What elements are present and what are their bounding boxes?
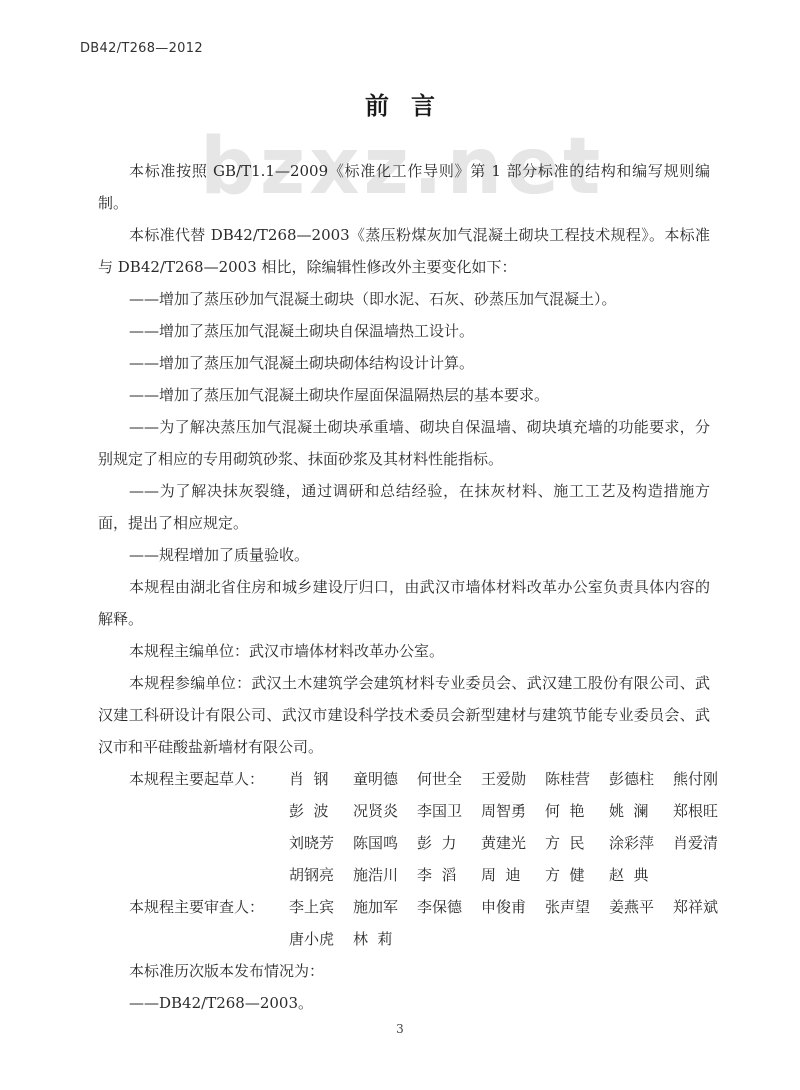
- drafters-row: 刘晓芳 陈国鸣 彭 力 黄建光 方 民 涂彩萍 肖爱清: [289, 827, 737, 859]
- drafter-name: 周智勇: [481, 795, 545, 827]
- changes-list: ——增加了蒸压砂加气混凝土砌块（即水泥、石灰、砂蒸压加气混凝土）。 ——增加了蒸…: [98, 283, 710, 571]
- paragraph-chief-editor: 本规程主编单位：武汉市墙体材料改革办公室。: [98, 635, 710, 667]
- reviewer-name: 申俊甫: [481, 891, 545, 923]
- drafter-name: 彭 波: [289, 795, 353, 827]
- drafter-name: 郑根旺: [673, 795, 737, 827]
- drafter-name: 赵 典: [609, 859, 673, 891]
- change-item: ——为了解决抹灰裂缝，通过调研和总结经验，在抹灰材料、施工工艺及构造措施方面，提…: [98, 475, 710, 539]
- change-item: ——增加了蒸压砂加气混凝土砌块（即水泥、石灰、砂蒸压加气混凝土）。: [98, 283, 710, 315]
- paragraph-participating-units: 本规程参编单位：武汉土木建筑学会建筑材料专业委员会、武汉建工股份有限公司、武汉建…: [98, 667, 710, 763]
- reviewer-name: 张声望: [545, 891, 609, 923]
- drafter-name: 陈桂营: [545, 763, 609, 795]
- page-number: 3: [0, 1022, 800, 1036]
- drafter-name: 胡钢亮: [289, 859, 353, 891]
- drafter-name: 熊付刚: [673, 763, 737, 795]
- drafters-row: 彭 波 况贤炎 李国卫 周智勇 何 艳 姚 澜 郑根旺: [289, 795, 737, 827]
- drafter-name: 周 迪: [481, 859, 545, 891]
- drafter-name: 彭德柱: [609, 763, 673, 795]
- drafter-name: 王爱勋: [481, 763, 545, 795]
- change-item: ——为了解决蒸压加气混凝土砌块承重墙、砌块自保温墙、砌块填充墙的功能要求，分别规…: [98, 411, 710, 475]
- drafter-name: 涂彩萍: [609, 827, 673, 859]
- drafter-name: 肖 钢: [289, 763, 353, 795]
- change-item: ——增加了蒸压加气混凝土砌块砌体结构设计计算。: [98, 347, 710, 379]
- reviewers-row: 唐小虎 林 莉: [289, 923, 737, 955]
- drafter-name: 施浩川: [353, 859, 417, 891]
- drafter-name: 刘晓芳: [289, 827, 353, 859]
- page-title: 前言: [0, 86, 800, 121]
- reviewer-name: 姜燕平: [609, 891, 673, 923]
- change-item: ——增加了蒸压加气混凝土砌块自保温墙热工设计。: [98, 315, 710, 347]
- drafters-block: 本规程主要起草人： 肖 钢 童明德 何世全 王爱勋 陈桂营 彭德柱 熊付刚 彭 …: [98, 763, 710, 891]
- drafter-name: 李国卫: [417, 795, 481, 827]
- drafters-label: 本规程主要起草人：: [98, 763, 289, 891]
- drafter-name: 方 民: [545, 827, 609, 859]
- drafters-row: 肖 钢 童明德 何世全 王爱勋 陈桂营 彭德柱 熊付刚: [289, 763, 737, 795]
- paragraph-structure-rules: 本标准按照 GB/T1.1—2009《标准化工作导则》第 1 部分标准的结构和编…: [98, 155, 710, 219]
- drafter-name: 方 健: [545, 859, 609, 891]
- standard-code-header: DB42/T268—2012: [80, 41, 203, 56]
- drafter-name: 何世全: [417, 763, 481, 795]
- drafter-name: 况贤炎: [353, 795, 417, 827]
- drafter-name: 黄建光: [481, 827, 545, 859]
- drafter-name: 李 滔: [417, 859, 481, 891]
- drafter-name: 何 艳: [545, 795, 609, 827]
- reviewer-name: 李上宾: [289, 891, 353, 923]
- reviewers-label: 本规程主要审查人：: [98, 891, 289, 955]
- drafters-names: 肖 钢 童明德 何世全 王爱勋 陈桂营 彭德柱 熊付刚 彭 波 况贤炎 李国卫 …: [289, 763, 737, 891]
- drafters-row: 胡钢亮 施浩川 李 滔 周 迪 方 健 赵 典: [289, 859, 737, 891]
- reviewer-name: 唐小虎: [289, 923, 353, 955]
- drafter-name: 陈国鸣: [353, 827, 417, 859]
- change-item: ——增加了蒸压加气混凝土砌块作屋面保温隔热层的基本要求。: [98, 379, 710, 411]
- reviewer-name: 郑祥斌: [673, 891, 737, 923]
- document-body: 本标准按照 GB/T1.1—2009《标准化工作导则》第 1 部分标准的结构和编…: [98, 155, 710, 1019]
- reviewers-block: 本规程主要审查人： 李上宾 施加军 李保德 申俊甫 张声望 姜燕平 郑祥斌 唐小…: [98, 891, 710, 955]
- reviewer-name: 李保德: [417, 891, 481, 923]
- drafter-name: 彭 力: [417, 827, 481, 859]
- paragraph-administration: 本规程由湖北省住房和城乡建设厅归口，由武汉市墙体材料改革办公室负责具体内容的解释…: [98, 571, 710, 635]
- drafter-name: 姚 澜: [609, 795, 673, 827]
- drafter-name: 肖爱清: [673, 827, 737, 859]
- reviewer-name: 施加军: [353, 891, 417, 923]
- drafter-name: 童明德: [353, 763, 417, 795]
- reviewer-name: 林 莉: [353, 923, 417, 955]
- change-item: ——规程增加了质量验收。: [98, 539, 710, 571]
- history-label: 本标准历次版本发布情况为：: [98, 955, 710, 987]
- paragraph-replacement: 本标准代替 DB42/T268—2003《蒸压粉煤灰加气混凝土砌块工程技术规程》…: [98, 219, 710, 283]
- reviewers-names: 李上宾 施加军 李保德 申俊甫 张声望 姜燕平 郑祥斌 唐小虎 林 莉: [289, 891, 737, 955]
- reviewers-row: 李上宾 施加军 李保德 申俊甫 张声望 姜燕平 郑祥斌: [289, 891, 737, 923]
- history-item: ——DB42/T268—2003。: [98, 987, 710, 1019]
